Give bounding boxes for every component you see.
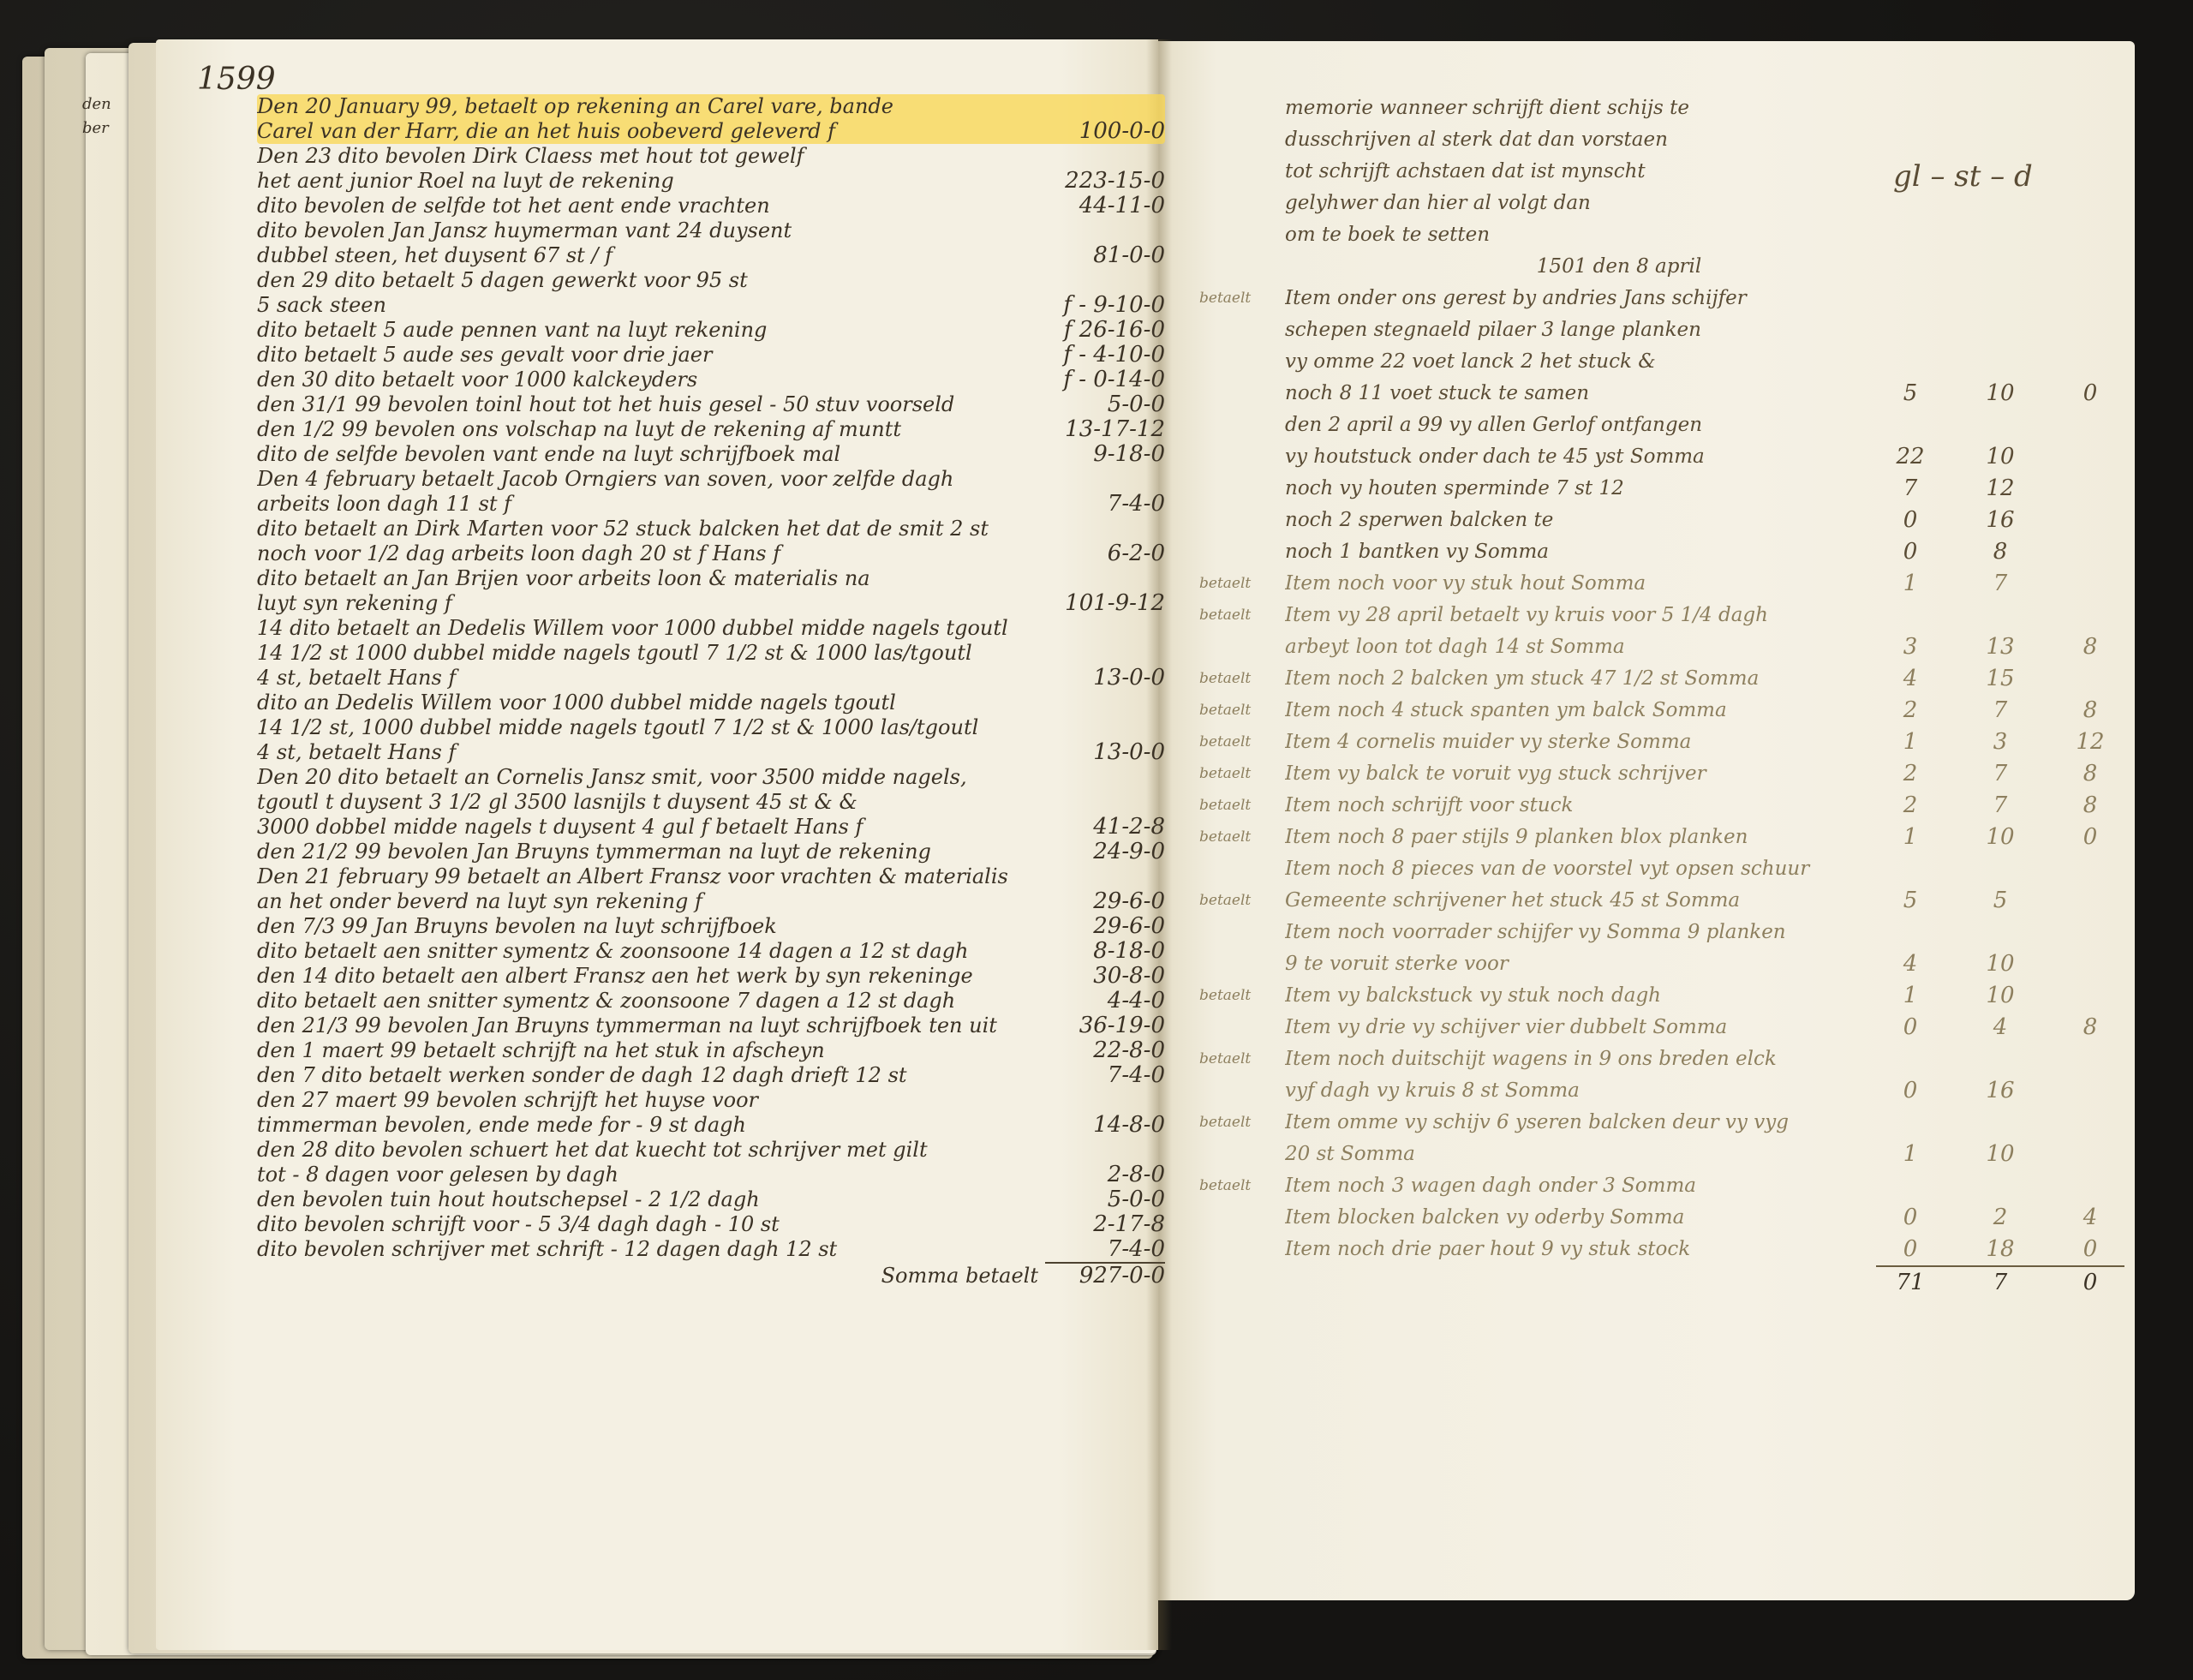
entry-text: noch 2 sperwen balcken te [1285, 505, 1876, 536]
ledger-row: vyf dagh vy kruis 8 st Somma016 [1285, 1075, 2124, 1107]
paid-margin-mark: betaelt [1199, 1043, 1251, 1075]
ledger-row: Den 23 dito bevolen Dirk Claess met hout… [257, 144, 1165, 169]
intro-line: memorie wanneer schrijft dient schijs te [1285, 93, 2124, 124]
entry-text: 14 1/2 st, 1000 dubbel midde nagels tgou… [257, 715, 1045, 740]
amount-d: 8 [2056, 1012, 2124, 1043]
entry-text: Item noch drie paer hout 9 vy stuk stock [1285, 1234, 1876, 1265]
amount-columns: 08 [1876, 536, 2124, 568]
entry-text: dito betaelt 5 aude pennen vant na luyt … [257, 318, 1045, 343]
amount-gl: 5 [1876, 885, 1945, 917]
entry-text: Item 4 cornelis muider vy sterke Somma [1285, 726, 1876, 758]
intro-line: om te boek te setten [1285, 219, 2124, 251]
amount-d [2056, 980, 2124, 1012]
entry-amount: 7-4-0 [1045, 1063, 1165, 1088]
ledger-row: betaeltItem noch voor vy stuk hout Somma… [1285, 568, 2124, 600]
entry-text: Item vy balckstuck vy stuk noch dagh [1285, 980, 1876, 1012]
paid-margin-mark: betaelt [1199, 885, 1251, 917]
intro-text: om te boek te setten [1285, 219, 2124, 251]
col-header-d: d [2014, 159, 2033, 194]
entry-amount: f - 0-14-0 [1045, 368, 1165, 392]
entry-text: 4 st, betaelt Hans f [257, 666, 1045, 691]
left-margin-note: den ber [82, 93, 111, 140]
entry-text: dito betaelt aen snitter symentz & zoons… [257, 939, 1045, 964]
amount-d [2056, 663, 2124, 695]
ledger-row: den 7 dito betaelt werken sonder de dagh… [257, 1063, 1165, 1088]
entry-text: Den 21 february 99 betaelt an Albert Fra… [257, 864, 1045, 889]
entry-text: den 2 april a 99 vy allen Gerlof ontfang… [1285, 410, 1876, 441]
entry-amount: 13-0-0 [1045, 740, 1165, 765]
ledger-row: den 30 dito betaelt voor 1000 kalckeyder… [257, 368, 1165, 392]
amount-columns: 5100 [1876, 378, 2124, 410]
entry-text: tot - 8 dagen voor gelesen by dagh [257, 1163, 1045, 1187]
entry-text: 5 sack steen [257, 293, 1045, 318]
entry-text: dito bevolen Jan Jansz huymerman vant 24… [257, 218, 1045, 243]
amount-columns: 415 [1876, 663, 2124, 695]
amount-gl: 2 [1876, 695, 1945, 726]
paid-margin-mark: betaelt [1199, 600, 1251, 631]
ledger-row: dito betaelt an Jan Brijen voor arbeits … [257, 566, 1165, 591]
ledger-row: dito betaelt 5 aude ses gevalt voor drie… [257, 343, 1165, 368]
amount-gl: 0 [1876, 1012, 1945, 1043]
entry-text: Item noch 2 balcken ym stuck 47 1/2 st S… [1285, 663, 1876, 695]
entry-text: an het onder beverd na luyt syn rekening… [257, 889, 1045, 914]
entry-text: Carel van der Harr, die an het huis oobe… [257, 119, 1045, 144]
entry-text: den 1 maert 99 betaelt schrijft na het s… [257, 1038, 1045, 1063]
amount-st: 7 [1966, 568, 2035, 600]
entry-amount: 41-2-8 [1045, 815, 1165, 840]
col-header-st: st [1954, 159, 1981, 194]
entry-amount: f - 9-10-0 [1045, 293, 1165, 318]
amount-d [2056, 505, 2124, 536]
date-text: 1501 den 8 april [1537, 251, 1701, 283]
amount-columns: 410 [1876, 948, 2124, 980]
entry-text: 14 1/2 st 1000 dubbel midde nagels tgout… [257, 641, 1045, 666]
entry-text: Item noch voorrader schijfer vy Somma 9 … [1285, 917, 1876, 948]
entry-amount: 8-18-0 [1045, 939, 1165, 964]
amount-d: 0 [2056, 822, 2124, 853]
amount-d: 12 [2056, 726, 2124, 758]
entry-text: den 1/2 99 bevolen ons volschap na luyt … [257, 417, 1045, 442]
entry-text: Item vy balck te voruit vyg stuck schrij… [1285, 758, 1876, 790]
left-ledger: Den 20 January 99, betaelt op rekening a… [257, 94, 1165, 1288]
year-heading: 1599 [197, 62, 276, 97]
amount-columns: 712 [1876, 473, 2124, 505]
margin-note-line: den [82, 93, 111, 117]
ledger-row: betaeltItem noch 8 paer stijls 9 planken… [1285, 822, 2124, 853]
entry-text: den 31/1 99 bevolen toinl hout tot het h… [257, 392, 1045, 417]
ledger-row: tot - 8 dagen voor gelesen by dagh2-8-0 [257, 1163, 1165, 1187]
entry-amount: 2-8-0 [1045, 1163, 1165, 1187]
entry-text: dubbel steen, het duysent 67 st / f [257, 243, 1045, 268]
currency-column-headers: gl – st – d [1893, 159, 2033, 194]
ledger-row: den 2 april a 99 vy allen Gerlof ontfang… [1285, 410, 2124, 441]
amount-st: 10 [1966, 822, 2035, 853]
entry-amount: 29-6-0 [1045, 914, 1165, 939]
amount-gl: 7 [1876, 473, 1945, 505]
paid-margin-mark: betaelt [1199, 980, 1251, 1012]
amount-gl: 2 [1876, 758, 1945, 790]
ledger-row: dito bevolen schrijver met schrift - 12 … [257, 1237, 1165, 1262]
entry-amount: f 26-16-0 [1045, 318, 1165, 343]
ledger-row: betaeltGemeente schrijvener het stuck 45… [1285, 885, 2124, 917]
amount-st: 10 [1966, 378, 2035, 410]
ledger-row: tgoutl t duysent 3 1/2 gl 3500 lasnijls … [257, 790, 1165, 815]
ledger-row: dito betaelt aen snitter symentz & zoons… [257, 989, 1165, 1013]
amount-st: 3 [1966, 726, 2035, 758]
entry-text: dito betaelt aen snitter symentz & zoons… [257, 989, 1045, 1013]
ledger-row: Item noch drie paer hout 9 vy stuk stock… [1285, 1234, 2124, 1265]
entry-text: dito de selfde bevolen vant ende na luyt… [257, 442, 1045, 467]
amount-columns: 1100 [1876, 822, 2124, 853]
ledger-row: betaeltItem onder ons gerest by andries … [1285, 283, 2124, 314]
amount-st: 10 [1966, 980, 2035, 1012]
entry-text: den 28 dito bevolen schuert het dat kuec… [257, 1138, 1045, 1163]
amount-columns: 7170 [1876, 1265, 2124, 1299]
ledger-row: betaeltItem vy balckstuck vy stuk noch d… [1285, 980, 2124, 1012]
amount-gl: 1 [1876, 822, 1945, 853]
ledger-row: noch voor 1/2 dag arbeits loon dagh 20 s… [257, 541, 1165, 566]
entry-text: timmerman bevolen, ende mede for - 9 st … [257, 1113, 1045, 1138]
entry-amount: 9-18-0 [1045, 442, 1165, 467]
intro-line: dusschrijven al sterk dat dan vorstaen [1285, 124, 2124, 156]
entry-text: vy omme 22 voet lanck 2 het stuck & [1285, 346, 1876, 378]
entry-amount: 44-11-0 [1045, 194, 1165, 218]
ledger-row: noch 8 11 voet stuck te samen5100 [1285, 378, 2124, 410]
ledger-row: dito bevolen schrijft voor - 5 3/4 dagh … [257, 1212, 1165, 1237]
amount-st: 13 [1966, 631, 2035, 663]
ledger-row: den 1 maert 99 betaelt schrijft na het s… [257, 1038, 1165, 1063]
paid-margin-mark: betaelt [1199, 1170, 1251, 1202]
ledger-row: betaeltItem vy 28 april betaelt vy kruis… [1285, 600, 2124, 631]
amount-columns: 17 [1876, 568, 2124, 600]
amount-columns: 278 [1876, 758, 2124, 790]
entry-text: den 29 dito betaelt 5 dagen gewerkt voor… [257, 268, 1045, 293]
ledger-row: betaeltItem omme vy schijv 6 yseren balc… [1285, 1107, 2124, 1139]
ledger-row: noch 1 bantken vy Somma08 [1285, 536, 2124, 568]
ledger-row: dubbel steen, het duysent 67 st / f81-0-… [257, 243, 1165, 268]
entry-text: schepen stegnaeld pilaer 3 lange planken [1285, 314, 1876, 346]
entry-amount: f - 4-10-0 [1045, 343, 1165, 368]
ledger-row: noch 2 sperwen balcken te016 [1285, 505, 2124, 536]
entry-text: arbeits loon dagh 11 st f [257, 492, 1045, 517]
amount-st: 7 [1966, 1267, 2035, 1299]
entry-text: noch voor 1/2 dag arbeits loon dagh 20 s… [257, 541, 1045, 566]
entry-text: Item vy 28 april betaelt vy kruis voor 5… [1285, 600, 1876, 631]
entry-text: Item noch 3 wagen dagh onder 3 Somma [1285, 1170, 1876, 1202]
ledger-row: schepen stegnaeld pilaer 3 lange planken [1285, 314, 2124, 346]
amount-gl: 1 [1876, 980, 1945, 1012]
entry-text: noch vy houten sperminde 7 st 12 [1285, 473, 1876, 505]
ledger-row: Item blocken balcken vy oderby Somma024 [1285, 1202, 2124, 1234]
amount-st: 15 [1966, 663, 2035, 695]
amount-d: 8 [2056, 790, 2124, 822]
entry-text: den 30 dito betaelt voor 1000 kalckeyder… [257, 368, 1045, 392]
amount-d [2056, 1075, 2124, 1107]
amount-d [2056, 568, 2124, 600]
amount-st: 10 [1966, 1139, 2035, 1170]
entry-text: 3000 dobbel midde nagels t duysent 4 gul… [257, 815, 1045, 840]
entry-text: dito betaelt an Jan Brijen voor arbeits … [257, 566, 1045, 591]
ledger-row: 4 st, betaelt Hans f13-0-0 [257, 666, 1165, 691]
amount-d [2056, 948, 2124, 980]
ledger-row: Carel van der Harr, die an het huis oobe… [257, 119, 1165, 144]
ledger-row: 9 te voruit sterke voor410 [1285, 948, 2124, 980]
ledger-row: dito bevolen Jan Jansz huymerman vant 24… [257, 218, 1165, 243]
amount-columns: 016 [1876, 505, 2124, 536]
entry-text: Item noch duitschijt wagens in 9 ons bre… [1285, 1043, 1876, 1075]
col-header-gl: gl [1893, 159, 1921, 194]
ledger-row: dito betaelt an Dirk Marten voor 52 stuc… [257, 517, 1165, 541]
entry-amount: 24-9-0 [1045, 840, 1165, 864]
entry-text: dito an Dedelis Willem voor 1000 dubbel … [257, 691, 1045, 715]
entry-text: 9 te voruit sterke voor [1285, 948, 1876, 980]
entry-text: 4 st, betaelt Hans f [257, 740, 1045, 765]
entry-amount: 927-0-0 [1045, 1262, 1165, 1288]
ledger-row: den 21/3 99 bevolen Jan Bruyns tymmerman… [257, 1013, 1165, 1038]
entry-amount: 13-0-0 [1045, 666, 1165, 691]
ledger-row: luyt syn rekening f101-9-12 [257, 591, 1165, 616]
ledger-row: dito de selfde bevolen vant ende na luyt… [257, 442, 1165, 467]
ledger-row: noch vy houten sperminde 7 st 12712 [1285, 473, 2124, 505]
intro-text: dusschrijven al sterk dat dan vorstaen [1285, 124, 2124, 156]
entry-text: Item onder ons gerest by andries Jans sc… [1285, 283, 1876, 314]
entry-text: den bevolen tuin hout houtschepsel - 2 1… [257, 1187, 1045, 1212]
intro-text: memorie wanneer schrijft dient schijs te [1285, 93, 2124, 124]
amount-columns: 278 [1876, 695, 2124, 726]
amount-d: 0 [2056, 1267, 2124, 1299]
ledger-row: den 28 dito bevolen schuert het dat kuec… [257, 1138, 1165, 1163]
amount-gl: 0 [1876, 1075, 1945, 1107]
amount-columns: 016 [1876, 1075, 2124, 1107]
entry-text: Den 23 dito bevolen Dirk Claess met hout… [257, 144, 1045, 169]
amount-st: 18 [1966, 1234, 2035, 1265]
amount-gl: 0 [1876, 1234, 1945, 1265]
right-entries: betaeltItem onder ons gerest by andries … [1285, 283, 2124, 1299]
ledger-row: arbeits loon dagh 11 st f7-4-0 [257, 492, 1165, 517]
ledger-row: 14 dito betaelt an Dedelis Willem voor 1… [257, 616, 1165, 641]
ledger-row: den 1/2 99 bevolen ons volschap na luyt … [257, 417, 1165, 442]
entry-amount: 14-8-0 [1045, 1113, 1165, 1138]
amount-columns: 110 [1876, 1139, 2124, 1170]
ledger-row: betaeltItem noch 4 stuck spanten ym balc… [1285, 695, 2124, 726]
amount-columns: 024 [1876, 1202, 2124, 1234]
entry-amount: 81-0-0 [1045, 243, 1165, 268]
ledger-row: vy houtstuck onder dach te 45 yst Somma2… [1285, 441, 2124, 473]
ledger-row: dito betaelt aen snitter symentz & zoons… [257, 939, 1165, 964]
amount-d [2056, 1139, 2124, 1170]
entry-amount: 7-4-0 [1045, 1237, 1165, 1262]
ledger-row: timmerman bevolen, ende mede for - 9 st … [257, 1113, 1165, 1138]
date-line: 1501 den 8 april [1285, 251, 2124, 283]
ledger-row: 5 sack steenf - 9-10-0 [257, 293, 1165, 318]
ledger-row: den 14 dito betaelt aen albert Fransz ae… [257, 964, 1165, 989]
entry-amount: 7-4-0 [1045, 492, 1165, 517]
entry-text: vy houtstuck onder dach te 45 yst Somma [1285, 441, 1876, 473]
amount-gl: 22 [1876, 441, 1945, 473]
entry-amount: 4-4-0 [1045, 989, 1165, 1013]
entry-text: dito betaelt an Dirk Marten voor 52 stuc… [257, 517, 1045, 541]
amount-st: 16 [1966, 1075, 2035, 1107]
total-row: Somma betaelt927-0-0 [257, 1262, 1165, 1288]
amount-columns: 3138 [1876, 631, 2124, 663]
entry-text: Item blocken balcken vy oderby Somma [1285, 1202, 1876, 1234]
entry-text: 20 st Somma [1285, 1139, 1876, 1170]
ledger-row: betaeltItem noch 3 wagen dagh onder 3 So… [1285, 1170, 2124, 1202]
amount-d [2056, 536, 2124, 568]
entry-text: 14 dito betaelt an Dedelis Willem voor 1… [257, 616, 1045, 641]
entry-amount: 36-19-0 [1045, 1013, 1165, 1038]
amount-columns: 278 [1876, 790, 2124, 822]
paid-margin-mark: betaelt [1199, 1107, 1251, 1139]
amount-gl: 1 [1876, 568, 1945, 600]
entry-amount: 22-8-0 [1045, 1038, 1165, 1063]
entry-text: dito bevolen schrijver met schrift - 12 … [257, 1237, 1045, 1262]
total-row: 7170 [1285, 1265, 2124, 1299]
entry-text: den 27 maert 99 bevolen schrijft het huy… [257, 1088, 1045, 1113]
entry-text: dito bevolen schrijft voor - 5 3/4 dagh … [257, 1212, 1045, 1237]
amount-gl: 0 [1876, 536, 1945, 568]
amount-gl: 0 [1876, 505, 1945, 536]
entry-amount: 5-0-0 [1045, 392, 1165, 417]
entry-amount: 29-6-0 [1045, 889, 1165, 914]
amount-d: 0 [2056, 1234, 2124, 1265]
entry-text: Den 20 January 99, betaelt op rekening a… [257, 94, 1045, 119]
amount-gl: 1 [1876, 1139, 1945, 1170]
amount-st: 5 [1966, 885, 2035, 917]
amount-d: 8 [2056, 758, 2124, 790]
entry-text: Gemeente schrijvener het stuck 45 st Som… [1285, 885, 1876, 917]
ledger-row: Den 4 february betaelt Jacob Orngiers va… [257, 467, 1165, 492]
amount-st: 7 [1966, 695, 2035, 726]
entry-text: vyf dagh vy kruis 8 st Somma [1285, 1075, 1876, 1107]
paid-margin-mark: betaelt [1199, 790, 1251, 822]
ledger-row: dito bevolen de selfde tot het aent ende… [257, 194, 1165, 218]
ledger-row: betaeltItem vy balck te voruit vyg stuck… [1285, 758, 2124, 790]
amount-gl: 4 [1876, 663, 1945, 695]
amount-gl: 71 [1876, 1267, 1945, 1299]
entry-amount: 2-17-8 [1045, 1212, 1165, 1237]
ledger-row: betaeltItem noch schrijft voor stuck278 [1285, 790, 2124, 822]
ledger-row: betaeltItem 4 cornelis muider vy sterke … [1285, 726, 2124, 758]
entry-amount: 13-17-12 [1045, 417, 1165, 442]
ledger-row: an het onder beverd na luyt syn rekening… [257, 889, 1165, 914]
ledger-row: 14 1/2 st, 1000 dubbel midde nagels tgou… [257, 715, 1165, 740]
amount-d: 0 [2056, 378, 2124, 410]
amount-d [2056, 473, 2124, 505]
ledger-row: Den 21 february 99 betaelt an Albert Fra… [257, 864, 1165, 889]
ledger-row: den 29 dito betaelt 5 dagen gewerkt voor… [257, 268, 1165, 293]
entry-amount: 223-15-0 [1045, 169, 1165, 194]
amount-st: 7 [1966, 758, 2035, 790]
ledger-row: dito an Dedelis Willem voor 1000 dubbel … [257, 691, 1165, 715]
amount-columns: 048 [1876, 1012, 2124, 1043]
amount-gl: 4 [1876, 948, 1945, 980]
amount-d [2056, 441, 2124, 473]
amount-st: 12 [1966, 473, 2035, 505]
amount-d [2056, 885, 2124, 917]
entry-text: het aent junior Roel na luyt de rekening [257, 169, 1045, 194]
ledger-row: 14 1/2 st 1000 dubbel midde nagels tgout… [257, 641, 1165, 666]
amount-st: 10 [1966, 441, 2035, 473]
ledger-row: Item noch voorrader schijfer vy Somma 9 … [1285, 917, 2124, 948]
amount-d: 4 [2056, 1202, 2124, 1234]
paid-margin-mark: betaelt [1199, 726, 1251, 758]
entry-text: den 7 dito betaelt werken sonder de dagh… [257, 1063, 1045, 1088]
amount-gl: 3 [1876, 631, 1945, 663]
ledger-row: dito betaelt 5 aude pennen vant na luyt … [257, 318, 1165, 343]
entry-amount: 101-9-12 [1045, 591, 1165, 616]
entry-text: den 21/3 99 bevolen Jan Bruyns tymmerman… [257, 1013, 1045, 1038]
amount-st: 16 [1966, 505, 2035, 536]
right-ledger: memorie wanneer schrijft dient schijs te… [1285, 93, 2124, 1299]
paid-margin-mark: betaelt [1199, 822, 1251, 853]
ledger-row: 20 st Somma110 [1285, 1139, 2124, 1170]
entry-text: Item noch 4 stuck spanten ym balck Somma [1285, 695, 1876, 726]
entry-text: Item noch 8 pieces van de voorstel vyt o… [1285, 853, 1876, 885]
left-entries: Den 23 dito bevolen Dirk Claess met hout… [257, 144, 1165, 1288]
ledger-row: betaeltItem noch duitschijt wagens in 9 … [1285, 1043, 2124, 1075]
ledger-row: Den 20 January 99, betaelt op rekening a… [257, 94, 1165, 119]
amount-st: 7 [1966, 790, 2035, 822]
ledger-row: den 7/3 99 Jan Bruyns bevolen na luyt sc… [257, 914, 1165, 939]
entry-text: Item vy drie vy schijver vier dubbelt So… [1285, 1012, 1876, 1043]
paid-margin-mark: betaelt [1199, 663, 1251, 695]
amount-st: 8 [1966, 536, 2035, 568]
entry-text: noch 1 bantken vy Somma [1285, 536, 1876, 568]
entry-text: den 7/3 99 Jan Bruyns bevolen na luyt sc… [257, 914, 1045, 939]
entry-text: tgoutl t duysent 3 1/2 gl 3500 lasnijls … [257, 790, 1045, 815]
ledger-row: Den 20 dito betaelt an Cornelis Jansz sm… [257, 765, 1165, 790]
amount-columns: 2210 [1876, 441, 2124, 473]
amount-d: 8 [2056, 695, 2124, 726]
entry-text: arbeyt loon tot dagh 14 st Somma [1285, 631, 1876, 663]
entry-text: den 14 dito betaelt aen albert Fransz ae… [257, 964, 1045, 989]
entry-text: Item omme vy schijv 6 yseren balcken deu… [1285, 1107, 1876, 1139]
entry-text: Den 4 february betaelt Jacob Orngiers va… [257, 467, 1045, 492]
amount-d: 8 [2056, 631, 2124, 663]
entry-amount: 100-0-0 [1045, 119, 1165, 144]
margin-note-line: ber [82, 117, 111, 140]
ledger-row: den bevolen tuin hout houtschepsel - 2 1… [257, 1187, 1165, 1212]
entry-text: Item noch voor vy stuk hout Somma [1285, 568, 1876, 600]
ledger-row: den 31/1 99 bevolen toinl hout tot het h… [257, 392, 1165, 417]
entry-text: den 21/2 99 bevolen Jan Bruyns tymmerman… [257, 840, 1045, 864]
entry-text: dito bevolen de selfde tot het aent ende… [257, 194, 1045, 218]
amount-st: 4 [1966, 1012, 2035, 1043]
entry-text: dito betaelt 5 aude ses gevalt voor drie… [257, 343, 1045, 368]
amount-gl: 0 [1876, 1202, 1945, 1234]
amount-columns: 1312 [1876, 726, 2124, 758]
highlighted-entry[interactable]: Den 20 January 99, betaelt op rekening a… [257, 94, 1165, 144]
ledger-row: het aent junior Roel na luyt de rekening… [257, 169, 1165, 194]
amount-st: 2 [1966, 1202, 2035, 1234]
entry-text: noch 8 11 voet stuck te samen [1285, 378, 1876, 410]
amount-columns: 55 [1876, 885, 2124, 917]
ledger-row: den 21/2 99 bevolen Jan Bruyns tymmerman… [257, 840, 1165, 864]
entry-text: luyt syn rekening f [257, 591, 1045, 616]
amount-st: 10 [1966, 948, 2035, 980]
entry-amount: 5-0-0 [1045, 1187, 1165, 1212]
amount-gl: 2 [1876, 790, 1945, 822]
entry-amount: 30-8-0 [1045, 964, 1165, 989]
entry-text: Item noch 8 paer stijls 9 planken blox p… [1285, 822, 1876, 853]
ledger-row: Item noch 8 pieces van de voorstel vyt o… [1285, 853, 2124, 885]
ledger-row: 3000 dobbel midde nagels t duysent 4 gul… [257, 815, 1165, 840]
entry-text: Den 20 dito betaelt an Cornelis Jansz sm… [257, 765, 1045, 790]
ledger-row: vy omme 22 voet lanck 2 het stuck & [1285, 346, 2124, 378]
ledger-row: den 27 maert 99 bevolen schrijft het huy… [257, 1088, 1165, 1113]
ledger-row: betaeltItem noch 2 balcken ym stuck 47 1… [1285, 663, 2124, 695]
